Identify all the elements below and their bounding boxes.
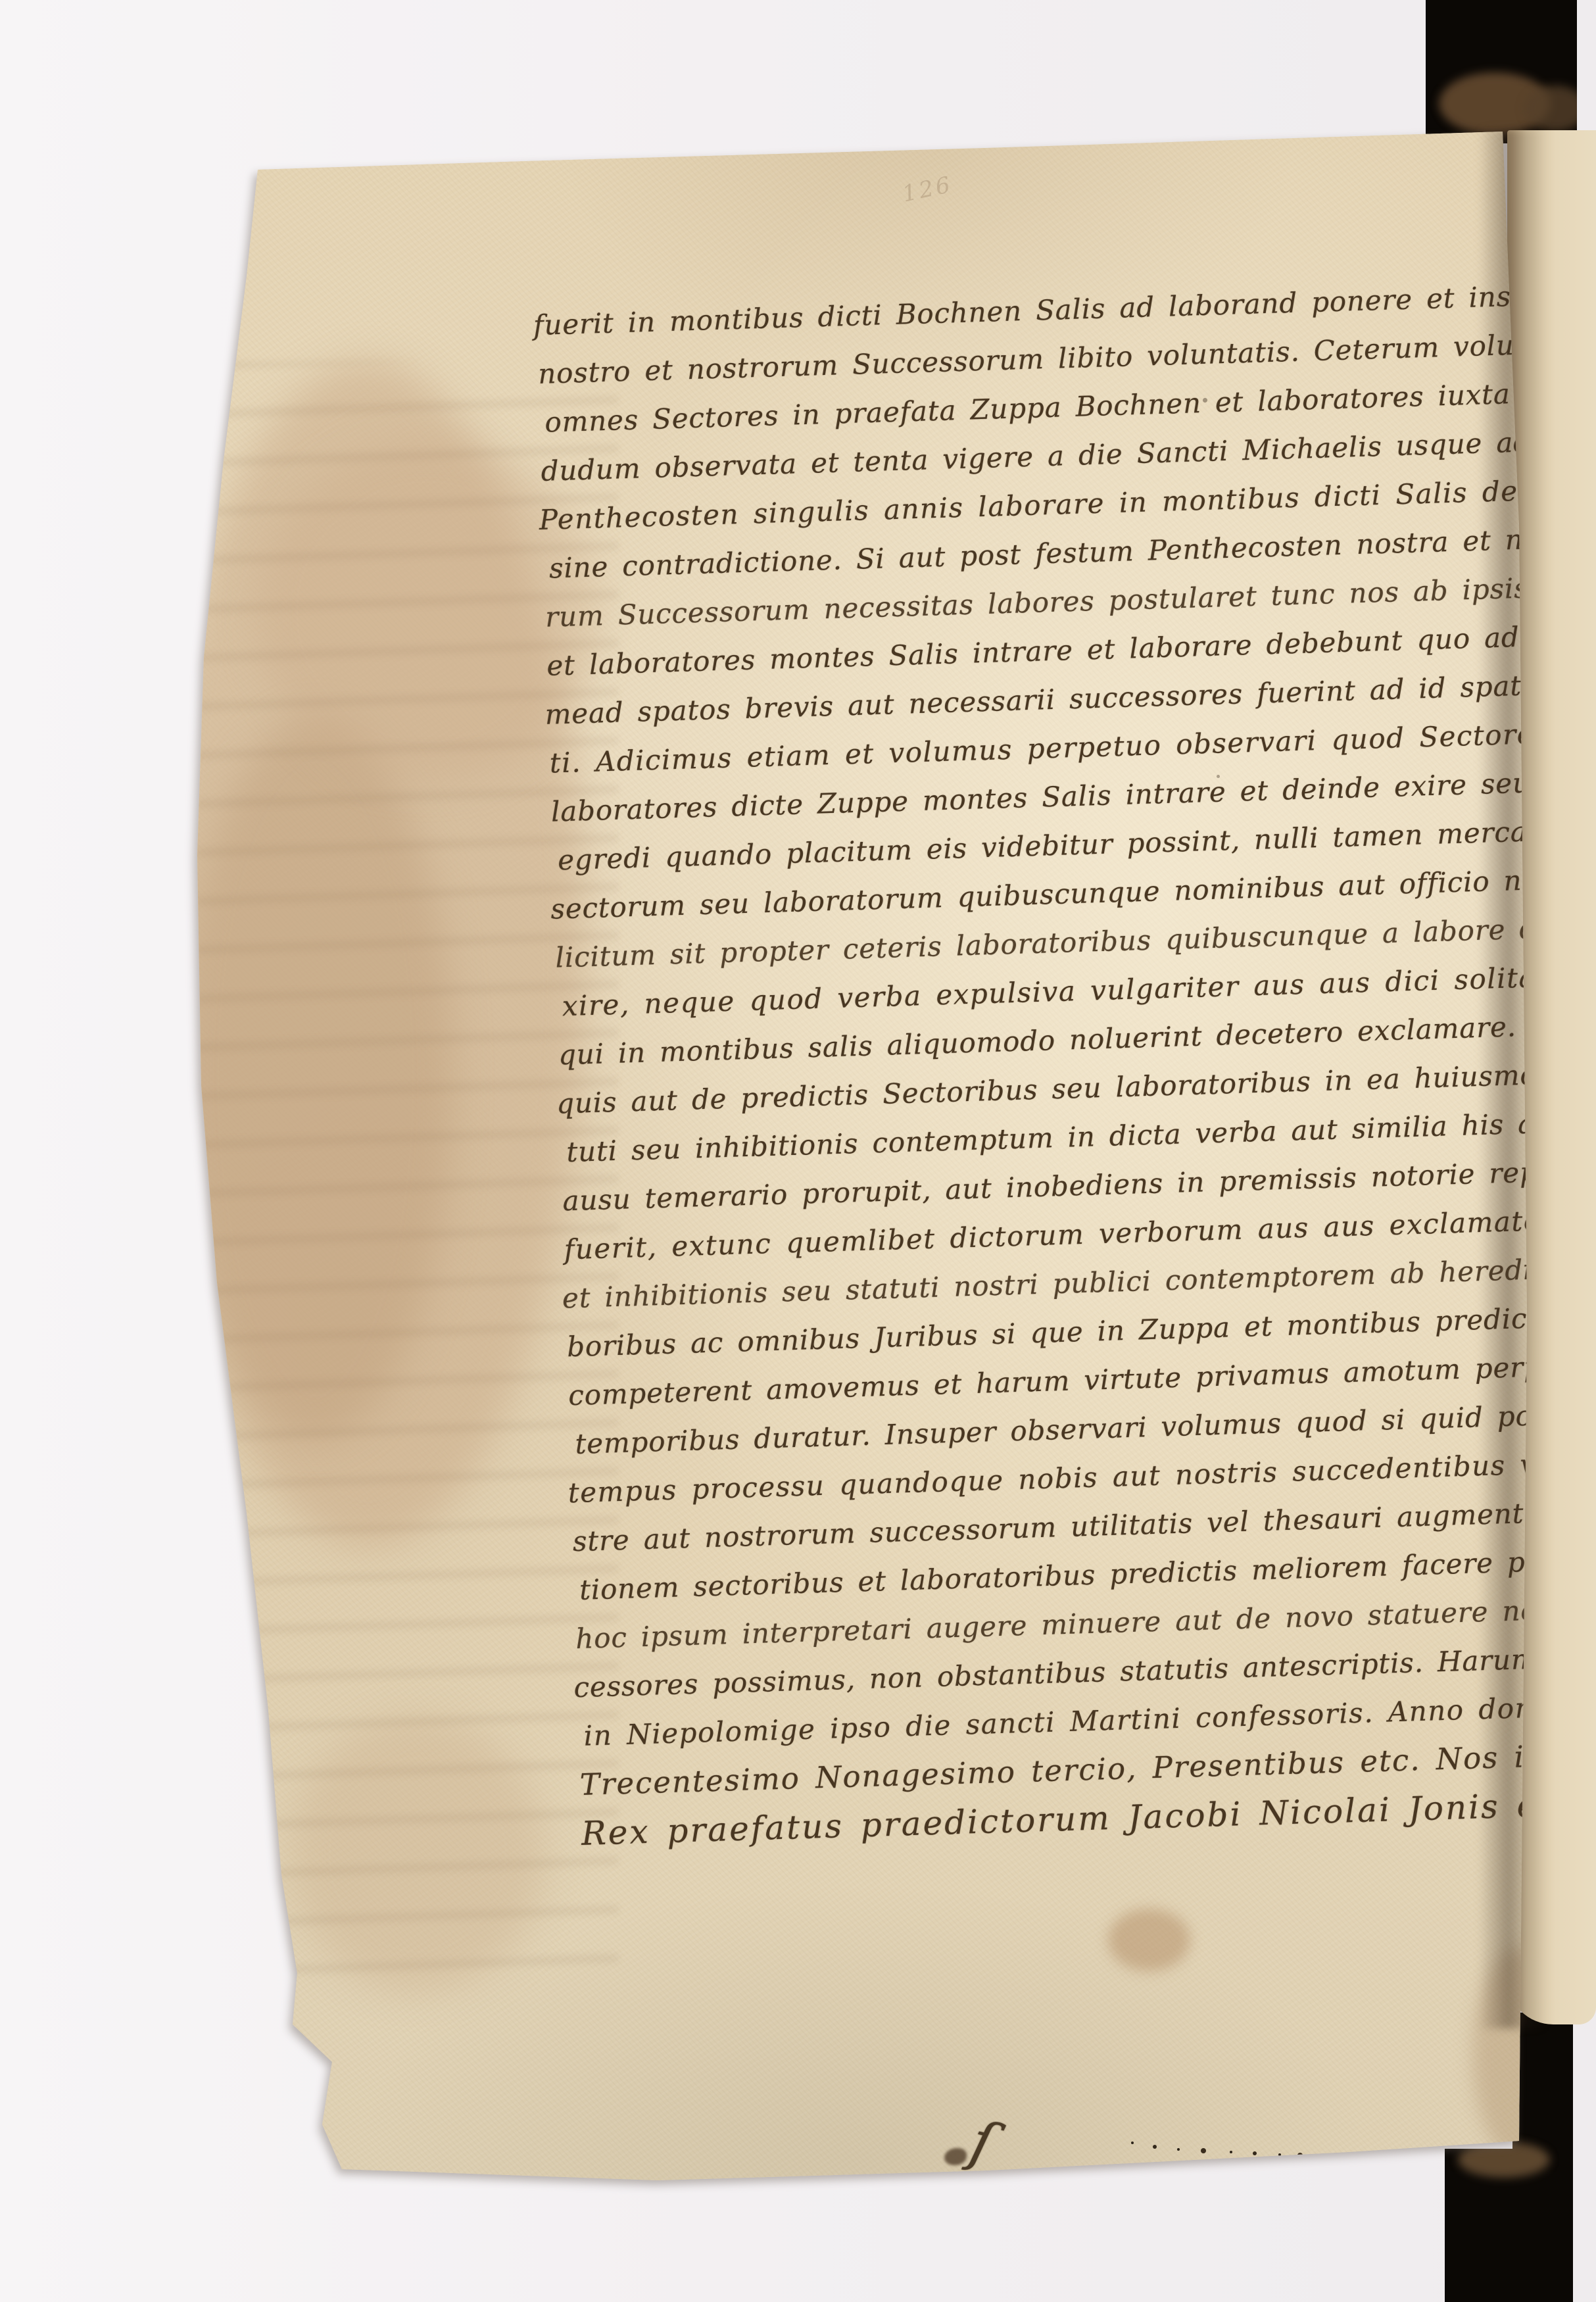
small-stain <box>1108 1909 1190 1971</box>
binding-black-top <box>1426 0 1577 143</box>
manuscript-text-block: fuerit in montibus dicti Bochnen Salis a… <box>536 272 1532 1858</box>
ink-blob-mark <box>944 2148 967 2165</box>
folio-number: 126 <box>900 171 955 207</box>
manuscript-page: 126 fuerit in montibus dicti Bochnen Sal… <box>191 125 1532 2180</box>
binding-leather-fragment <box>1458 2142 1550 2178</box>
scan-background: 126 fuerit in montibus dicti Bochnen Sal… <box>0 0 1596 2302</box>
bottom-edge-dirt-specks <box>1131 2142 1134 2144</box>
ink-blot-mark: ſ <box>964 2109 1000 2178</box>
paper-specks <box>822 143 825 147</box>
